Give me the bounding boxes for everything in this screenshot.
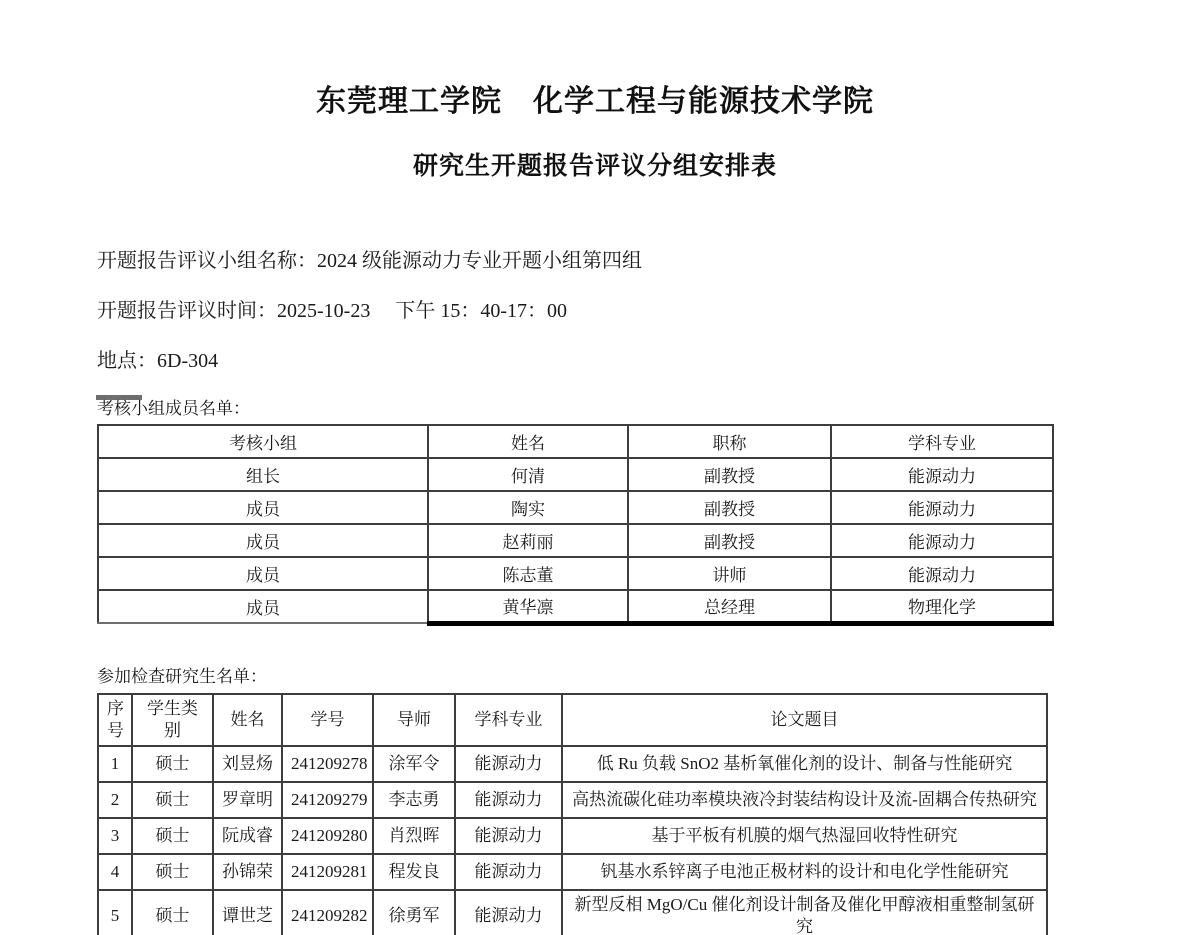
table-cell: 能源动力: [831, 458, 1053, 491]
table-header-cell: 序号: [98, 694, 132, 746]
info-label: 地点：: [97, 350, 157, 372]
table-cell: 副教授: [628, 491, 831, 524]
table-cell: 程发良: [373, 854, 455, 890]
table-row: 2硕士罗章明241209279李志勇能源动力高热流碳化硅功率模块液冷封装结构设计…: [98, 782, 1047, 818]
table-cell: 黄华凛: [428, 590, 628, 623]
table-cell: 硕士: [132, 746, 213, 782]
table-cell: 钒基水系锌离子电池正极材料的设计和电化学性能研究: [562, 854, 1047, 890]
page-title: 东莞理工学院 化学工程与能源技术学院: [0, 0, 1190, 120]
document-body: 开题报告评议小组名称：2024 级能源动力专业开题小组第四组 开题报告评议时间：…: [97, 244, 1055, 935]
table-cell: 赵莉丽: [428, 524, 628, 557]
table-cell: 总经理: [628, 590, 831, 623]
table-cell: 陈志董: [428, 557, 628, 590]
info-line-review-time: 开题报告评议时间：2025-10-23 下午 15：40-17：00: [97, 294, 1055, 319]
info-value: 2025-10-23 下午 15：40-17：00: [277, 300, 567, 322]
table-cell: 副教授: [628, 458, 831, 491]
table-cell: 硕士: [132, 890, 213, 935]
table-cell: 能源动力: [455, 890, 562, 935]
table-cell: 谭世芝: [213, 890, 282, 935]
table-header-cell: 考核小组: [98, 425, 428, 458]
table-cell: 能源动力: [455, 818, 562, 854]
info-value: 2024 级能源动力专业开题小组第四组: [317, 250, 642, 272]
table-cell: 讲师: [628, 557, 831, 590]
table-cell: 成员: [98, 524, 428, 557]
info-block: 开题报告评议小组名称：2024 级能源动力专业开题小组第四组 开题报告评议时间：…: [97, 244, 1055, 369]
table-cell: 肖烈晖: [373, 818, 455, 854]
table-header-cell: 职称: [628, 425, 831, 458]
table-header-cell: 学科专业: [455, 694, 562, 746]
table-cell: 物理化学: [831, 590, 1053, 623]
committee-header-row: 考核小组姓名职称学科专业: [98, 425, 1053, 458]
table-cell: 能源动力: [831, 557, 1053, 590]
table-cell: 2: [98, 782, 132, 818]
table-header-cell: 学科专业: [831, 425, 1053, 458]
table-row: 成员陶实副教授能源动力: [98, 491, 1053, 524]
table-cell: 241209278: [282, 746, 373, 782]
table-cell: 1: [98, 746, 132, 782]
table-cell: 陶实: [428, 491, 628, 524]
table-row: 4硕士孙锦荣241209281程发良能源动力钒基水系锌离子电池正极材料的设计和电…: [98, 854, 1047, 890]
table-cell: 基于平板有机膜的烟气热湿回收特性研究: [562, 818, 1047, 854]
table-row: 1硕士刘昱炀241209278涂军令能源动力低 Ru 负载 SnO2 基析氧催化…: [98, 746, 1047, 782]
table-row: 3硕士阮成睿241209280肖烈晖能源动力基于平板有机膜的烟气热湿回收特性研究: [98, 818, 1047, 854]
table-cell: 成员: [98, 557, 428, 590]
table-cell: 副教授: [628, 524, 831, 557]
table-cell: 硕士: [132, 818, 213, 854]
students-header-row: 序号学生类别姓名学号导师学科专业论文题目: [98, 694, 1047, 746]
table-cell: 能源动力: [831, 524, 1053, 557]
table-cell: 何清: [428, 458, 628, 491]
table-header-cell: 论文题目: [562, 694, 1047, 746]
table-cell: 成员: [98, 590, 428, 623]
table-cell: 241209281: [282, 854, 373, 890]
table-header-cell: 姓名: [428, 425, 628, 458]
table-row: 成员陈志董讲师能源动力: [98, 557, 1053, 590]
table-cell: 成员: [98, 491, 428, 524]
info-line-group-name: 开题报告评议小组名称：2024 级能源动力专业开题小组第四组: [97, 244, 1055, 269]
info-label: 开题报告评议时间：: [97, 300, 277, 322]
table-header-cell: 姓名: [213, 694, 282, 746]
table-cell: 241209282: [282, 890, 373, 935]
table-row: 成员黄华凛总经理物理化学: [98, 590, 1053, 623]
table-cell: 徐勇军: [373, 890, 455, 935]
committee-table-body: 组长何清副教授能源动力成员陶实副教授能源动力成员赵莉丽副教授能源动力成员陈志董讲…: [98, 458, 1053, 623]
table-cell: 241209280: [282, 818, 373, 854]
document-page: 东莞理工学院 化学工程与能源技术学院 研究生开题报告评议分组安排表 开题报告评议…: [0, 0, 1190, 935]
committee-table: 考核小组姓名职称学科专业 组长何清副教授能源动力成员陶实副教授能源动力成员赵莉丽…: [97, 424, 1054, 626]
table-row: 5硕士谭世芝241209282徐勇军能源动力新型反相 MgO/Cu 催化剂设计制…: [98, 890, 1047, 935]
table-cell: 罗章明: [213, 782, 282, 818]
table-cell: 涂军令: [373, 746, 455, 782]
table-cell: 低 Ru 负载 SnO2 基析氧催化剂的设计、制备与性能研究: [562, 746, 1047, 782]
table-cell: 组长: [98, 458, 428, 491]
table-cell: 硕士: [132, 782, 213, 818]
table-cell: 高热流碳化硅功率模块液冷封装结构设计及流-固耦合传热研究: [562, 782, 1047, 818]
table-cell: 3: [98, 818, 132, 854]
table-row: 成员赵莉丽副教授能源动力: [98, 524, 1053, 557]
table-cell: 能源动力: [831, 491, 1053, 524]
students-table: 序号学生类别姓名学号导师学科专业论文题目 1硕士刘昱炀241209278涂军令能…: [97, 693, 1048, 935]
students-table-body: 1硕士刘昱炀241209278涂军令能源动力低 Ru 负载 SnO2 基析氧催化…: [98, 746, 1047, 935]
committee-section-label: 考核小组成员名单：: [97, 394, 1055, 419]
page-subtitle: 研究生开题报告评议分组安排表: [0, 146, 1190, 182]
table-cell: 能源动力: [455, 746, 562, 782]
students-section-label: 参加检查研究生名单：: [97, 662, 1055, 687]
table-header-cell: 学号: [282, 694, 373, 746]
info-line-location: 地点：6D-304: [97, 344, 1055, 369]
table-cell: 241209279: [282, 782, 373, 818]
info-label: 开题报告评议小组名称：: [97, 250, 317, 272]
table-header-cell: 导师: [373, 694, 455, 746]
table-cell: 5: [98, 890, 132, 935]
table-cell: 新型反相 MgO/Cu 催化剂设计制备及催化甲醇液相重整制氢研究: [562, 890, 1047, 935]
table-cell: 能源动力: [455, 782, 562, 818]
scan-artifact: [96, 395, 142, 400]
table-header-cell: 学生类别: [132, 694, 213, 746]
table-cell: 孙锦荣: [213, 854, 282, 890]
table-row: 组长何清副教授能源动力: [98, 458, 1053, 491]
table-cell: 能源动力: [455, 854, 562, 890]
table-cell: 李志勇: [373, 782, 455, 818]
table-cell: 刘昱炀: [213, 746, 282, 782]
table-cell: 硕士: [132, 854, 213, 890]
table-cell: 4: [98, 854, 132, 890]
table-cell: 阮成睿: [213, 818, 282, 854]
info-value: 6D-304: [157, 350, 218, 372]
